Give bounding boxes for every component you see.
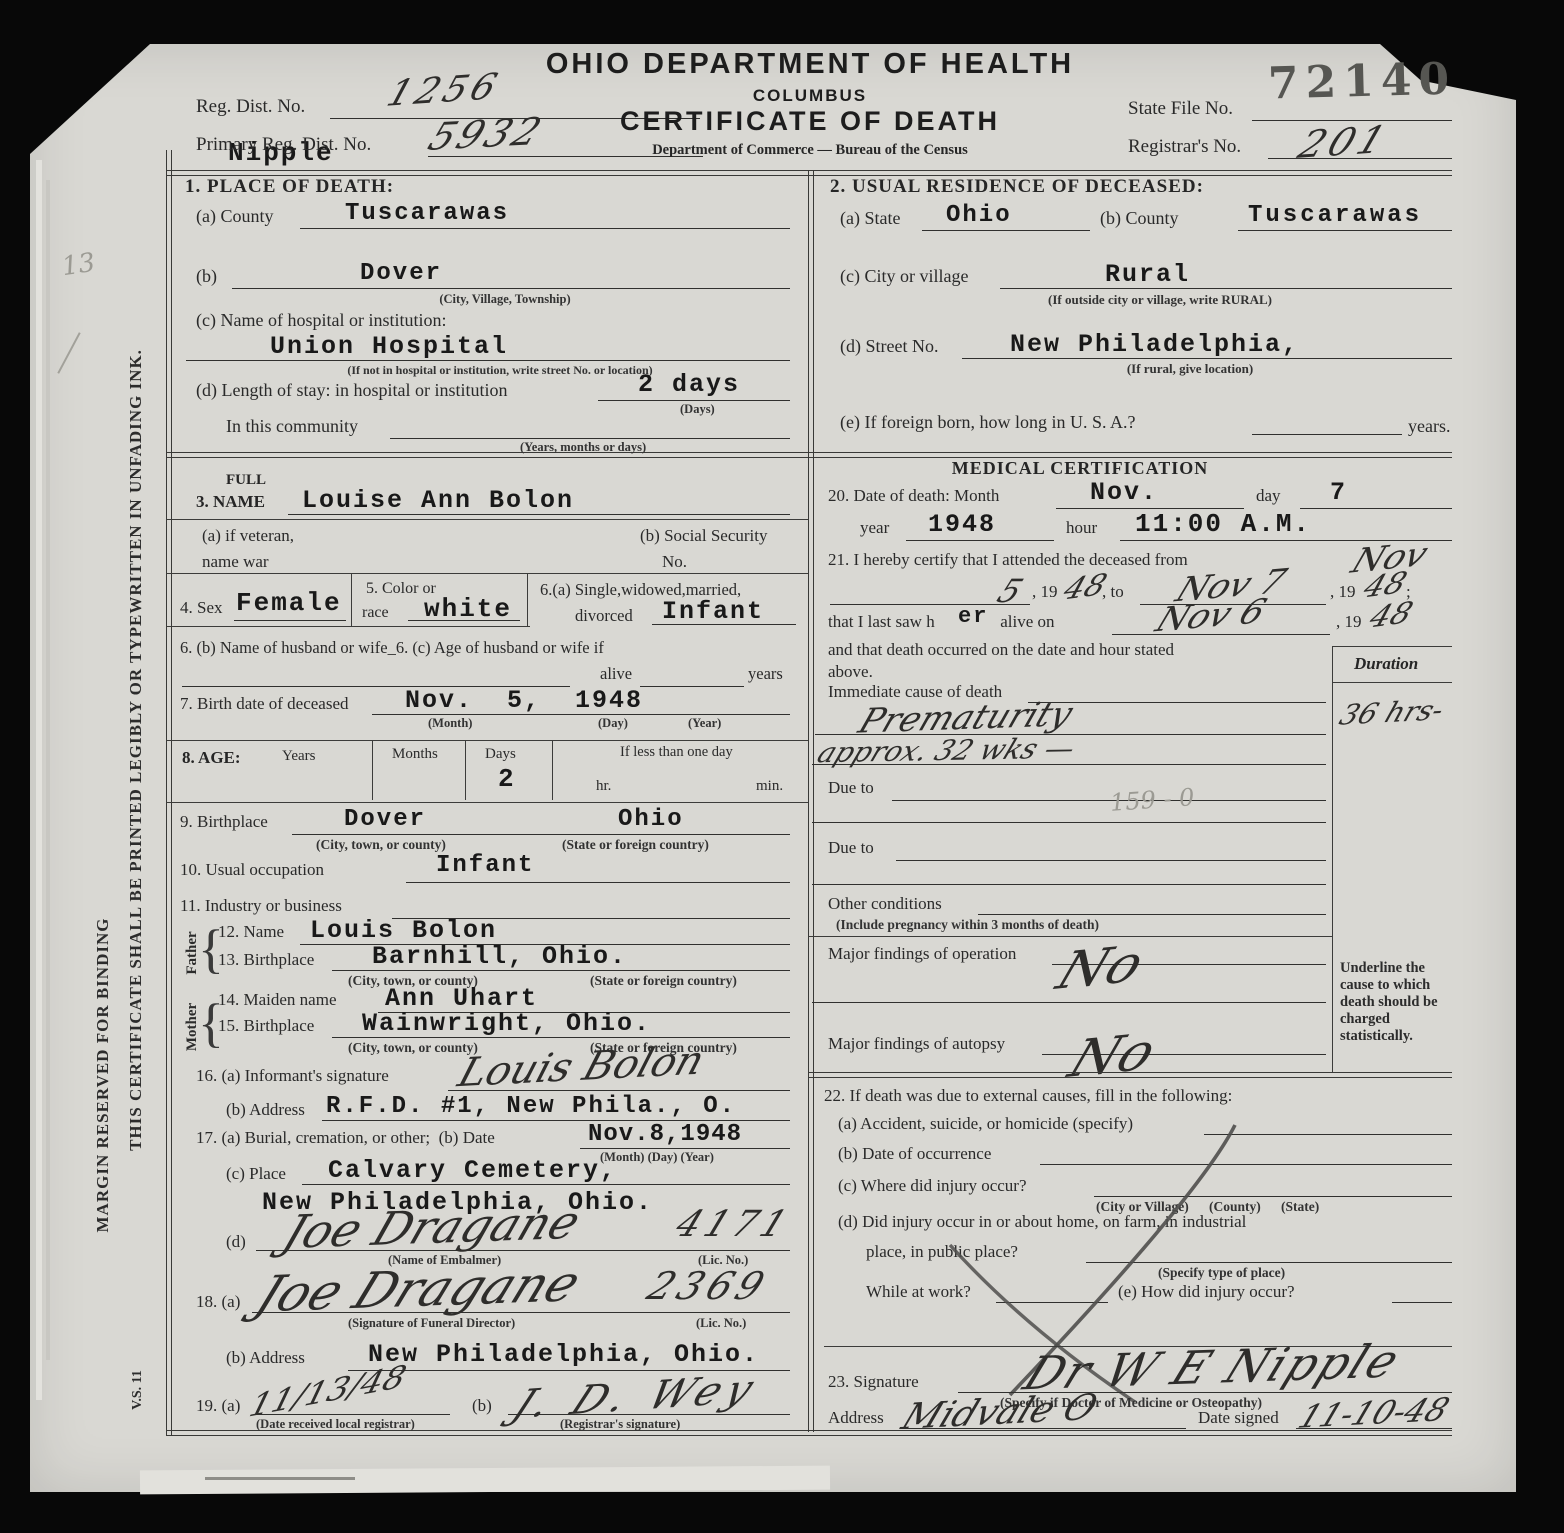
s4-value: Female [236, 588, 342, 618]
s20-year: 1948 [928, 510, 996, 539]
s6bc-line1: 6. (b) Name of husband or wife_6. (c) Ag… [180, 638, 604, 658]
s1-community-label: In this community [226, 416, 358, 437]
underline-note: Underline the cause to which death shoul… [1340, 960, 1452, 1045]
registrar-no-value: 201 [1293, 117, 1396, 167]
s5-s6-divider [527, 573, 528, 626]
s2-street-value: New Philadelphia, [1010, 330, 1299, 359]
s2-foreign-label: (e) If foreign born, how long in U. S. A… [840, 412, 1135, 433]
s2-foreign-line [1252, 434, 1402, 435]
form-code: V.S. 11 [130, 1355, 150, 1425]
s8-top-rule [166, 740, 808, 741]
s10-value: Infant [436, 852, 534, 879]
s6bc-alive: alive [600, 664, 632, 684]
s1-county-line [300, 228, 790, 229]
med-title: MEDICAL CERTIFICATION [825, 458, 1335, 479]
margin-binding-note: MARGIN RESERVED FOR BINDING [93, 840, 117, 1310]
s17-place1: Calvary Cemetery, [328, 1156, 617, 1185]
s16-a-label: 16. (a) Informant's signature [196, 1066, 389, 1086]
s21-occurred2: above. [828, 662, 873, 682]
s17-date-value: Nov.8,1948 [588, 1121, 742, 1148]
due2-line2 [812, 884, 1326, 885]
s1-title: 1. PLACE OF DEATH: [185, 176, 394, 198]
s18-director-lic: 2369 [641, 1264, 775, 1308]
s20-year-label: year [860, 518, 889, 538]
page-stack-line [205, 1477, 355, 1480]
s21-saw2: alive on [996, 612, 1055, 632]
s22-e2-line [1392, 1302, 1452, 1303]
s6c-line [640, 686, 744, 687]
s3-name-value: Louise Ann Bolon [302, 486, 574, 515]
s18-b-value: New Philadelphia, Ohio. [368, 1340, 759, 1369]
s18-b-label: (b) Address [226, 1348, 305, 1368]
s3-name-label: 3. NAME [196, 492, 265, 512]
bureau-subtitle: Department of Commerce — Bureau of the C… [530, 142, 1090, 159]
s23-label: 23. Signature [828, 1372, 919, 1392]
s13-value: Barnhill, Ohio. [372, 942, 627, 971]
s7-hint-month: (Month) [428, 716, 472, 731]
s14-label: 14. Maiden name [218, 990, 337, 1010]
s17-place-label: (c) Place [226, 1164, 286, 1184]
autopsy-label: Major findings of autopsy [828, 1034, 1005, 1054]
scanned-death-certificate: MARGIN RESERVED FOR BINDING THIS CERTIFI… [0, 0, 1564, 1533]
s21-p19a: , 19 [1032, 582, 1058, 602]
s8-days-value: 2 [498, 764, 516, 794]
s3-full: FULL [226, 472, 266, 489]
state-file-value: 72140 [1267, 54, 1456, 110]
s9-label: 9. Birthplace [180, 812, 268, 832]
duration-left-rule [1332, 646, 1333, 1073]
s2-state-line [922, 230, 1090, 231]
s18-director-hint: (Signature of Funeral Director) [348, 1316, 515, 1331]
margin-pencil-mark: 13 [60, 248, 97, 282]
due1-line2 [812, 822, 1326, 823]
s2-title: 2. USUAL RESIDENCE OF DECEASED: [830, 176, 1204, 198]
duration-top-rule [1332, 646, 1452, 647]
other-label: Other conditions [828, 894, 942, 914]
s7-value: Nov. 5, 1948 [405, 686, 643, 715]
s1-stay-label: (d) Length of stay: in hospital or insti… [196, 380, 507, 401]
s9-hint1: (City, town, or county) [316, 837, 446, 853]
cause2-value: approx. 32 wks — [813, 732, 1081, 769]
s2-county-label: (b) County [1100, 208, 1179, 229]
due2-label: Due to [828, 838, 874, 858]
s12-label: 12. Name [218, 922, 284, 942]
s16-b-label: (b) Address [226, 1100, 305, 1120]
s17-embalmer-signature: Joe Dragane [276, 1195, 588, 1259]
other-line [978, 914, 1326, 915]
s13-hint2: (State or foreign country) [590, 973, 737, 989]
s19-b-hint: (Registrar's signature) [560, 1417, 680, 1432]
duration-label: Duration [1354, 654, 1418, 674]
s20-day: 7 [1330, 478, 1347, 507]
s1-county-value: Tuscarawas [345, 200, 509, 227]
s21-p19c: , 19 [1336, 612, 1362, 632]
s2-county-value: Tuscarawas [1248, 202, 1422, 229]
dept-title: OHIO DEPARTMENT OF HEALTH [530, 48, 1090, 81]
s1-hospital-label: (c) Name of hospital or institution: [196, 310, 446, 331]
registrar-no-label: Registrar's No. [1128, 136, 1241, 158]
s9-line [292, 834, 790, 835]
s6bc-years: years [748, 664, 783, 684]
s1-stay-value: 2 days [638, 370, 740, 399]
s18-director-signature: Joe Dragane [248, 1255, 590, 1324]
s15-hint1: (City, town, or county) [348, 1040, 478, 1056]
s19-a-hint: (Date received local registrar) [256, 1417, 415, 1432]
s4-top-rule [166, 573, 808, 574]
s2-city-label: (c) City or village [840, 266, 968, 287]
s1-city-label: (b) [196, 266, 217, 287]
s3-vet1: (a) if veteran, [202, 526, 294, 546]
due1-pencil: 159 - 0 [1109, 783, 1195, 817]
s3-rule [166, 519, 808, 520]
s8-col-less: If less than one day [620, 744, 733, 761]
s9-value2: Ohio [618, 806, 684, 833]
s3-ssn2: No. [662, 552, 687, 572]
s20-hour-label: hour [1066, 518, 1097, 538]
s2-street-label: (d) Street No. [840, 336, 938, 357]
s1-hospital-value: Union Hospital [270, 332, 508, 361]
s4-label: 4. Sex [180, 598, 223, 618]
s10-line [406, 882, 790, 883]
s2-city-hint: (If outside city or village, write RURAL… [960, 292, 1360, 308]
cert-title: CERTIFICATE OF DEATH [530, 106, 1090, 137]
s23-addr-label: Address [828, 1408, 884, 1428]
s8-div3 [552, 740, 553, 800]
s17-a-label: 17. (a) Burial, cremation, or other; (b)… [196, 1128, 495, 1148]
reg-dist-label: Reg. Dist. No. [196, 96, 305, 118]
s8-col-years: Years [282, 748, 315, 765]
s16-b-value: R.F.D. #1, New Phila., O. [326, 1093, 736, 1120]
s8-col-days: Days [485, 746, 516, 763]
s2-state-label: (a) State [840, 208, 900, 229]
s2-foreign-years: years. [1408, 416, 1450, 437]
primary-reg-label: Primary Reg. Dist. No. [196, 134, 371, 156]
s21-saw-er: er [958, 604, 988, 629]
s11-label: 11. Industry or business [180, 896, 342, 916]
s20-label: 20. Date of death: Month [828, 486, 999, 506]
s13-label: 13. Birthplace [218, 950, 314, 970]
s18-lic-hint: (Lic. No.) [696, 1316, 746, 1331]
s5-label2: race [362, 604, 389, 622]
med-bottom-rule [808, 1072, 1452, 1078]
s4-line [234, 620, 346, 621]
s17-d-label: (d) [226, 1232, 246, 1252]
s21-to-label: , to [1102, 582, 1124, 602]
op-top-rule [808, 936, 1332, 937]
s1-stay-hint: (Days) [680, 402, 715, 417]
s1-community-line [390, 438, 790, 439]
s8-col-months: Months [392, 746, 438, 763]
s15-label: 15. Birthplace [218, 1016, 314, 1036]
s6a-value: Infant [662, 597, 764, 626]
duration-sub-rule [1332, 682, 1452, 683]
s1-stay-line [598, 400, 790, 401]
s8-min: min. [756, 778, 783, 795]
s7-hint-day: (Day) [598, 716, 628, 731]
s17-embalmer-lic: 4171 [670, 1204, 798, 1245]
s1-city-value: Dover [360, 260, 442, 287]
s2-city-line [1000, 288, 1452, 289]
s2-city-value: Rural [1105, 260, 1190, 289]
s23-date-label: Date signed [1198, 1408, 1279, 1428]
s21-occurred1: and that death occurred on the date and … [828, 640, 1174, 660]
dept-city: COLUMBUS [530, 86, 1090, 106]
s8-label: 8. AGE: [182, 748, 241, 768]
s19-b-label: (b) [472, 1396, 492, 1416]
s2-county-line [1238, 230, 1452, 231]
duration-value: 36 hrs- [1335, 693, 1448, 731]
s19-a-label: 19. (a) [196, 1396, 240, 1416]
s1-community-hint: (Years, months or days) [520, 440, 646, 455]
s7-label: 7. Birth date of deceased [180, 694, 349, 714]
op-line2 [812, 1002, 1326, 1003]
s17-date-line [580, 1148, 790, 1149]
s1-county-label: (a) County [196, 206, 273, 227]
state-file-label: State File No. [1128, 98, 1233, 120]
s2-state-value: Ohio [946, 202, 1012, 229]
other-hint: (Include pregnancy within 3 months of de… [836, 917, 1099, 933]
due1-label: Due to [828, 778, 874, 798]
s20-month: Nov. [1090, 478, 1158, 507]
s9-value1: Dover [344, 806, 426, 833]
s3-ssn1: (b) Social Security [640, 526, 767, 546]
form-center-divider [808, 170, 814, 1432]
s5-value: white [424, 594, 512, 624]
s21-p19b: , 19 [1330, 582, 1356, 602]
s1-city-line [232, 288, 790, 289]
s10-label: 10. Usual occupation [180, 860, 324, 880]
s8-hr: hr. [596, 778, 611, 795]
s4-s5-divider [351, 573, 352, 626]
page-stack-edge-bottom [140, 1466, 830, 1495]
s21-saw1: that I last saw h [828, 612, 935, 632]
s7-hint-year: (Year) [688, 716, 721, 731]
s15-value: Wainwright, Ohio. [362, 1009, 651, 1038]
page-stack-edge [36, 160, 42, 1400]
page-stack-edge [46, 180, 50, 1360]
due2-line [896, 860, 1326, 861]
s12-value: Louis Bolon [310, 916, 497, 945]
reg-dist-value: 1256 [382, 66, 506, 114]
s21-line1: 21. I hereby certify that I attended the… [828, 550, 1188, 570]
s4-s5-bottom-rule [166, 626, 530, 627]
s9-hint2: (State or foreign country) [562, 837, 709, 853]
s20-hour: 11:00 A.M. [1135, 509, 1311, 539]
s8-div2 [465, 740, 466, 800]
margin-ink-note: THIS CERTIFICATE SHALL BE PRINTED LEGIBL… [126, 160, 150, 1340]
s20-day-line [1300, 508, 1452, 509]
s20-year-line [906, 540, 1054, 541]
s2-street-hint: (If rural, give location) [1020, 361, 1360, 377]
s6a-label2: divorced [575, 606, 633, 626]
s1-city-hint: (City, Village, Township) [380, 292, 630, 307]
s8-div1 [372, 740, 373, 800]
s8-bottom-rule [166, 802, 808, 803]
form-left-border [166, 150, 172, 1436]
s18-a-label: 18. (a) [196, 1292, 240, 1312]
s3-vet2: name war [202, 552, 269, 572]
s17-date-hints: (Month) (Day) (Year) [600, 1150, 714, 1165]
s20-day-label: day [1256, 486, 1281, 506]
op-label: Major findings of operation [828, 944, 1016, 964]
